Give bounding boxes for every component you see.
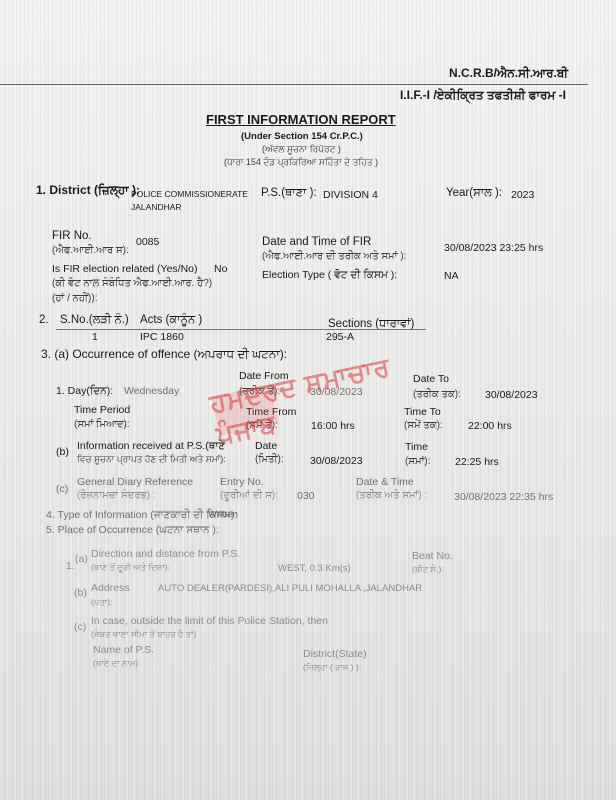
time-period-label: Time Period [74, 404, 130, 416]
info-time-value: 22:25 hrs [455, 456, 499, 468]
info-received-label: Information received at P.S.(ਥਾਣੇ [77, 440, 225, 453]
ps-label: P.S.(ਥਾਣਾ ): [261, 187, 317, 200]
outside-limit-label: In case, outside the limit of this Polic… [91, 615, 328, 627]
page-title: FIRST INFORMATION REPORT [206, 112, 396, 127]
election-type-label: Election Type ( ਵੋਟ ਦੀ ਕਿਸਮ ): [262, 269, 397, 282]
gd-label: General Diary Reference [77, 476, 193, 488]
election-related-value: No [214, 263, 227, 275]
fir-datetime-label-pa: (ਐਫ.ਆਈ.ਆਰ ਦੀ ਤਰੀਕ ਅਤੇ ਸਮਾਂ ): [262, 251, 406, 262]
acts-row-act: IPC 1860 [140, 331, 184, 343]
fir-no-label: FIR No. [52, 230, 92, 242]
info-date-value: 30/08/2023 [310, 455, 363, 467]
title-subtitle: (Under Section 154 Cr.P.C.) [241, 131, 363, 142]
section2-number: 2. [39, 314, 49, 326]
direction-value: WEST, 0.3 Km(s) [278, 563, 351, 574]
info-time-label-pa: (ਸਮਾਂ): [405, 456, 431, 467]
address-label: Address [91, 582, 130, 594]
date-from-label: Date From [239, 370, 289, 382]
beat-label-pa: (ਬੀਟ ਸੰ.): [412, 564, 444, 575]
district-state-label-pa: (ਜ਼ਿਲ੍ਹਾ ( ਰਾਜ ) ): [303, 662, 361, 673]
info-date-label-pa: (ਮਿਤੀ): [255, 454, 284, 465]
day-value: Wednesday [124, 385, 179, 397]
fir-datetime-label: Date and Time of FIR [262, 236, 371, 248]
election-related-label-pa2: (ਹਾਂ / ਨਹੀਂ)): [52, 293, 97, 304]
place-item-number: 1. [66, 560, 75, 572]
time-to-label: Time To [404, 406, 441, 418]
date-to-value: 30/08/2023 [485, 389, 538, 401]
info-type-value: Written [208, 509, 238, 520]
district-value-line2: JALANDHAR [131, 202, 182, 212]
date-from-value: 30/08/2023 [310, 386, 363, 398]
time-period-label-pa: (ਸਮਾਂ ਮਿਆਦ): [74, 419, 130, 430]
year-value: 2023 [511, 189, 534, 201]
b-marker-address: (b) [74, 587, 87, 599]
address-value: AUTO DEALER(PARDESI),ALI PULI MOHALLA ,J… [158, 583, 422, 594]
gd-datetime-value: 30/08/2023 22:35 hrs [454, 491, 553, 503]
time-to-label-pa: (ਸਮੇਂ ਤਕ): [404, 420, 443, 431]
b-marker: (b) [56, 446, 69, 458]
fir-datetime-value: 30/08/2023 23:25 hrs [444, 242, 543, 254]
election-type-value: NA [444, 270, 459, 282]
gd-datetime-label: Date & Time [356, 476, 414, 488]
district-value: POLICE COMMISSIONERATE [131, 189, 248, 199]
acts-header-acts: Acts (ਕਾਨੂੰਨ ) [140, 314, 202, 327]
a-marker: (a) [75, 553, 88, 565]
gd-label-pa: (ਰੋਜ਼ਨਾਮਚਾ ਸੰਦਰਭ) : [77, 490, 156, 501]
date-to-label-pa: (ਤਰੀਕ ਤਕ): [413, 389, 461, 400]
acts-header-sno: S.No.(ਲੜੀ ਨੰ.) [60, 314, 129, 327]
election-related-label: Is FIR election related (Yes/No) [52, 263, 198, 275]
occurrence-heading: 3. (a) Occurrence of offence (ਅਪਰਾਧ ਦੀ ਘ… [41, 347, 287, 362]
place-of-occurrence-label: 5. Place of Occurrence (ਘਟਨਾ ਸਥਾਨ ): [46, 524, 219, 537]
fir-no-label-pa: (ਐਫ.ਆਈ.ਆਰ ਸ): [52, 245, 129, 256]
ps-name-label-pa: (ਥਾਣੇ ਦਾ ਨਾਮ) [93, 658, 138, 669]
acts-row-section: 295-A [326, 331, 354, 343]
direction-label: Direction and distance from P.S. [91, 548, 240, 560]
entry-no-label-pa: (ਦੂਰੀਆਂ ਦੀ ਸ): [220, 490, 278, 501]
time-to-value: 22:00 hrs [468, 420, 512, 432]
c-marker: (c) [56, 483, 68, 495]
info-received-label-pa: ਵਿਚ ਸੂਚਨਾ ਪ੍ਰਾਪਤ ਹੋਣ ਦੀ ਮਿਤੀ ਅਤੇ ਸਮਾਂ): [77, 454, 226, 465]
date-to-label: Date To [413, 373, 449, 385]
title-subtitle-pa: (ਅੱਵਲ ਸੂਚਨਾ ਰਿਪੋਰਟ ) [262, 144, 341, 155]
ncrb-header: N.C.R.B/ਐਨ.ਸੀ.ਆਰ.ਬੀ [449, 66, 568, 81]
year-label: Year(ਸਾਲ ): [446, 187, 502, 200]
outside-limit-label-pa: (ਜੇਕਰ ਥਾਣਾ ਸੀਮਾ ਤੋਂ ਬਾਹਰ ਹੈ ਤਾਂ) [91, 629, 196, 640]
entry-no-value: 030 [297, 490, 315, 502]
gd-datetime-label-pa: (ਤਰੀਕ ਅਤੇ ਸਮਾਂ) : [356, 490, 427, 501]
ps-name-label: Name of P.S. [93, 644, 154, 656]
form-id: I.I.F.-I /ਏਕੀਕ੍ਰਿਤ ਤਫਤੀਸ਼ੀ ਫਾਰਮ -I [400, 88, 566, 103]
day-label: 1. Day(ਦਿਨ): [56, 385, 113, 398]
c-marker-outside: (c) [74, 621, 86, 633]
info-time-label: Time [405, 441, 428, 453]
election-related-label-pa: (ਕੀ ਵੋਟ ਨਾਲ ਸੰਬੰਧਿਤ ਐਫ.ਆਈ.ਆਰ. ਹੈ?) [52, 278, 212, 289]
district-label: 1. District (ਜ਼ਿਲ੍ਹਾ ): [36, 183, 140, 198]
title-subtitle-pa2: (ਧਾਰਾ 154 ਦੰਡ ਪ੍ਰਕਿਰਿਆ ਸਹਿੰਤਾ ਦੇ ਤਹਿਤ ) [224, 157, 378, 168]
acts-row-sno: 1 [92, 331, 98, 343]
district-state-label: District(State) [303, 648, 367, 660]
direction-label-pa: (ਥਾਣੇ ਤੋਂ ਦੂਰੀ ਅਤੇ ਦਿਸ਼ਾ): [91, 562, 170, 573]
address-label-pa: (ਪਤਾ): [91, 597, 112, 608]
entry-no-label: Entry No. [220, 476, 264, 488]
ps-value: DIVISION 4 [323, 189, 378, 201]
time-from-value: 16:00 hrs [311, 420, 355, 432]
fir-no-value: 0085 [136, 236, 159, 248]
info-date-label: Date [255, 440, 277, 452]
beat-label: Beat No. [412, 550, 453, 562]
